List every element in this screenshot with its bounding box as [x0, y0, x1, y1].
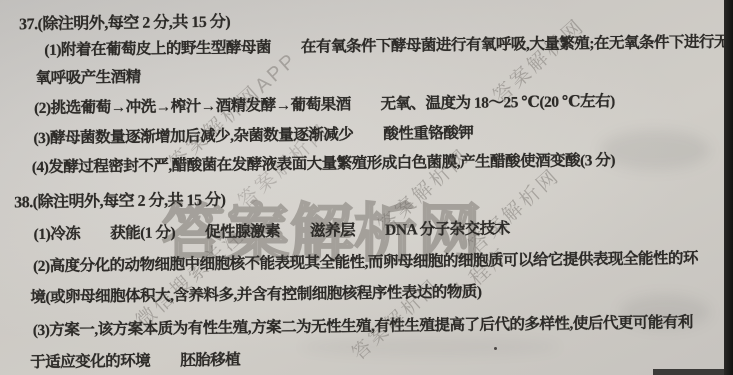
answer-line: 境(或卵母细胞体积大,含养料多,并含有控制细胞核程序性表达的物质) — [30, 280, 481, 308]
answer-line: (4)发酵过程密封不严,醋酸菌在发酵液表面大量繁殖形成白色菌膜,产生醋酸使酒变酸… — [32, 148, 616, 177]
scan-right-edge-strip — [724, 0, 733, 375]
answer-line: (2)高度分化的动物细胞中细胞核不能表现其全能性,而卵母细胞的细胞质可以给它提供… — [33, 246, 698, 276]
question-37-header: 37.(除注明外,每空 2 分,共 15 分) — [19, 9, 230, 35]
answer-text-block: 37.(除注明外,每空 2 分,共 15 分) (1)附着在葡萄皮上的野生型酵母… — [0, 0, 733, 375]
answer-line: 于适应变化的环境 胚胎移植 — [30, 348, 240, 373]
answer-line: (1)冷冻 获能(1 分) 促性腺激素 滋养层 DNA 分子杂交技术 — [33, 216, 509, 244]
answer-line: (3)酵母菌数量逐渐增加后减少,杂菌数量逐渐减少 酸性重铬酸钾 — [33, 121, 473, 148]
ink-dot — [494, 347, 497, 350]
scan-bottom-dark-bar — [653, 369, 724, 375]
answer-line: (1)附着在葡萄皮上的野生型酵母菌 在有氧条件下酵母菌进行有氧呼吸,大量繁殖;在… — [44, 30, 729, 60]
answer-line: (2)挑选葡萄→冲洗→榨汁→酒精发酵→葡萄果酒 无氧、温度为 18～25 ℃(2… — [34, 89, 615, 118]
scanned-answer-page: 答案解析网 答案解析网 答案解析网APP 答案解析网 答案解析网 微信搜索关注 … — [0, 0, 733, 375]
answer-line: (3)方案一,该方案本质为有性生殖,方案二为无性生殖,有性生殖提高了后代的多样性… — [33, 310, 693, 340]
answer-line: 氧呼吸产生酒精 — [36, 65, 141, 88]
question-38-header: 38.(除注明外,每空 2 分,共 15 分) — [14, 187, 225, 213]
